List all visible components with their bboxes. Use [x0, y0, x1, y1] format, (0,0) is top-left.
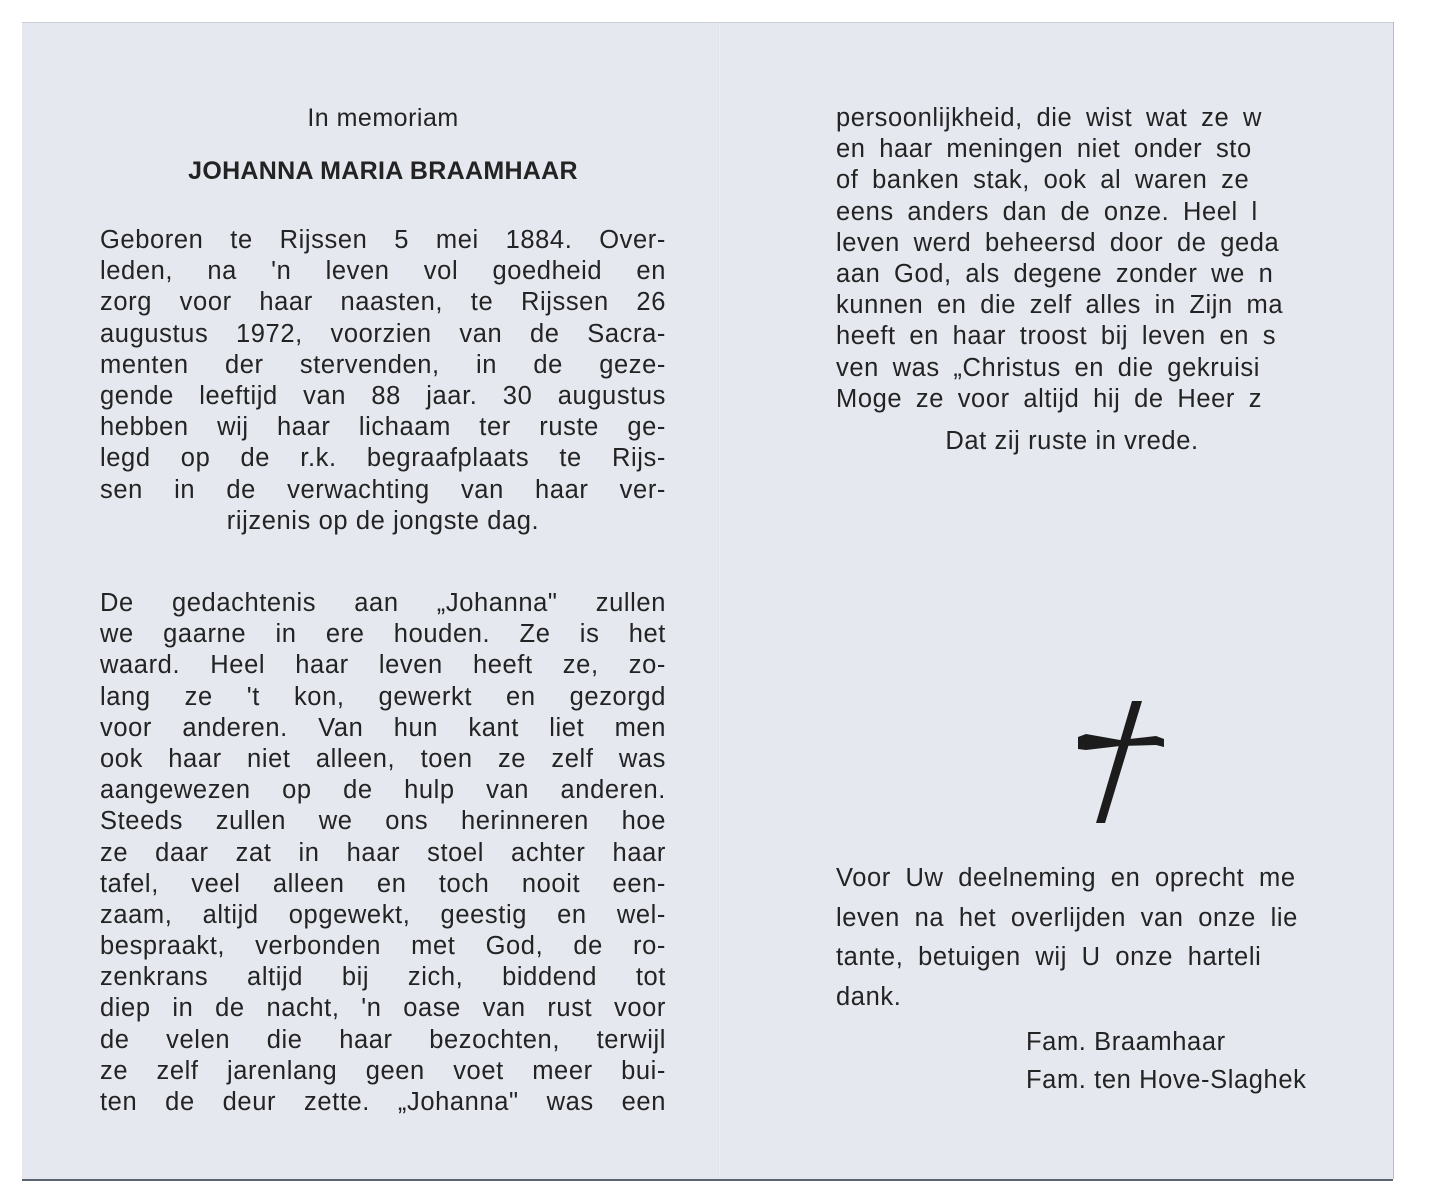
- text-line: ten de deur zette. „Johanna" was een: [100, 1087, 666, 1118]
- text-line: augustus 1972, voorzien van de Sacra-: [100, 319, 666, 350]
- text-line: Voor Uw deelneming en oprecht me: [836, 859, 1393, 899]
- text-line: waard. Heel haar leven heeft ze, zo-: [100, 650, 666, 681]
- text-line: eens anders dan de onze. Heel l: [836, 197, 1393, 228]
- text-line: heeft en haar troost bij leven en s: [836, 321, 1393, 352]
- text-line: hebben wij haar lichaam ter ruste ge-: [100, 412, 666, 443]
- signature-line: Fam. ten Hove-Slaghek: [1026, 1061, 1306, 1099]
- text-line: Moge ze voor altijd hij de Heer z: [836, 384, 1393, 415]
- text-line: dank.: [836, 978, 1393, 1018]
- rest-in-peace-line: Dat zij ruste in vrede.: [836, 427, 1308, 456]
- text-line: tafel, veel alleen en toch nooit een-: [100, 869, 666, 900]
- text-line: aangewezen op de hulp van anderen.: [100, 775, 666, 806]
- continuation-paragraph: persoonlijkheid, die wist wat ze w en ha…: [836, 103, 1393, 415]
- left-page: In memoriam JOHANNA MARIA BRAAMHAAR Gebo…: [100, 23, 666, 1179]
- text-line: zorg voor haar naasten, te Rijssen 26: [100, 287, 666, 318]
- text-line: persoonlijkheid, die wist wat ze w: [836, 103, 1393, 134]
- text-line: kunnen en die zelf alles in Zijn ma: [836, 290, 1393, 321]
- family-signatures: Fam. Braamhaar Fam. ten Hove-Slaghek: [1026, 1023, 1306, 1099]
- right-page: persoonlijkheid, die wist wat ze w en ha…: [836, 23, 1393, 1179]
- in-memoriam-heading: In memoriam: [100, 104, 666, 133]
- memorial-card: In memoriam JOHANNA MARIA BRAAMHAAR Gebo…: [22, 22, 1393, 1179]
- text-line: zaam, altijd opgewekt, geestig en wel-: [100, 900, 666, 931]
- cross-icon: [1076, 699, 1166, 827]
- text-line: bespraakt, verbonden met God, de ro-: [100, 931, 666, 962]
- text-line: diep in de nacht, 'n oase van rust voor: [100, 993, 666, 1024]
- text-line: sen in de verwachting van haar ver-: [100, 475, 666, 506]
- thanks-paragraph: Voor Uw deelneming en oprecht me leven n…: [836, 859, 1393, 1017]
- biography-paragraph: Geboren te Rijssen 5 mei 1884. Over- led…: [100, 225, 666, 537]
- text-line: we gaarne in ere houden. Ze is het: [100, 619, 666, 650]
- text-line: Steeds zullen we ons herinneren hoe: [100, 806, 666, 837]
- text-line: zenkrans altijd bij zich, biddend tot: [100, 962, 666, 993]
- text-line: legd op de r.k. begraafplaats te Rijs-: [100, 443, 666, 474]
- text-line: rijzenis op de jongste dag.: [100, 506, 666, 537]
- text-line: ze daar zat in haar stoel achter haar: [100, 838, 666, 869]
- text-line: tante, betuigen wij U onze harteli: [836, 938, 1393, 978]
- text-line: leden, na 'n leven vol goedheid en: [100, 256, 666, 287]
- text-line: leven werd beheersd door de geda: [836, 228, 1393, 259]
- text-line: De gedachtenis aan „Johanna" zullen: [100, 588, 666, 619]
- text-line: ze zelf jarenlang geen voet meer bui-: [100, 1056, 666, 1087]
- deceased-name: JOHANNA MARIA BRAAMHAAR: [100, 157, 666, 186]
- text-line: ven was „Christus en die gekruisi: [836, 353, 1393, 384]
- text-line: ook haar niet alleen, toen ze zelf was: [100, 744, 666, 775]
- text-line: en haar meningen niet onder sto: [836, 134, 1393, 165]
- text-line: voor anderen. Van hun kant liet men: [100, 713, 666, 744]
- text-line: de velen die haar bezochten, terwijl: [100, 1025, 666, 1056]
- text-line: menten der stervenden, in de geze-: [100, 350, 666, 381]
- text-line: gende leeftijd van 88 jaar. 30 augustus: [100, 381, 666, 412]
- text-line: leven na het overlijden van onze lie: [836, 899, 1393, 939]
- remembrance-paragraph: De gedachtenis aan „Johanna" zullen we g…: [100, 588, 666, 1118]
- text-line: lang ze 't kon, gewerkt en gezorgd: [100, 682, 666, 713]
- text-line: aan God, als degene zonder we n: [836, 259, 1393, 290]
- card-fold: [718, 23, 720, 1179]
- text-line: of banken stak, ook al waren ze: [836, 165, 1393, 196]
- signature-line: Fam. Braamhaar: [1026, 1023, 1306, 1061]
- text-line: Geboren te Rijssen 5 mei 1884. Over-: [100, 225, 666, 256]
